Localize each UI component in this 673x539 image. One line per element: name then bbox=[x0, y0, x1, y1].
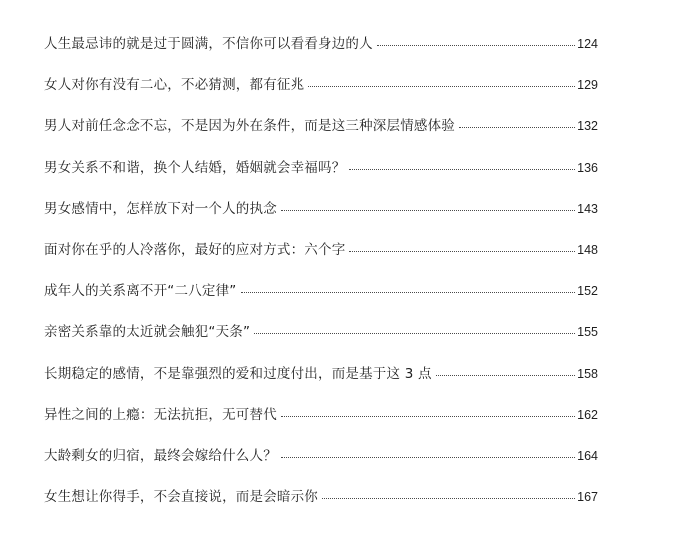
toc-entry[interactable]: 长期稳定的感情，不是靠强烈的爱和过度付出，而是基于这 3 点 158 bbox=[44, 364, 598, 405]
dot-leader bbox=[241, 292, 576, 293]
toc-entry[interactable]: 异性之间的上瘾：无法抗拒，无可替代 162 bbox=[44, 405, 598, 446]
toc-entry-page-number: 167 bbox=[577, 487, 598, 507]
toc-entry-page-number: 132 bbox=[577, 116, 598, 136]
toc-entry-title: 亲密关系靠的太近就会触犯“天条” bbox=[44, 322, 250, 342]
toc-entry-page-number: 155 bbox=[577, 322, 598, 342]
toc-entry-title: 长期稳定的感情，不是靠强烈的爱和过度付出，而是基于这 3 点 bbox=[44, 364, 432, 384]
toc-entry[interactable]: 男女感情中，怎样放下对一个人的执念 143 bbox=[44, 199, 598, 240]
toc-entry-title: 男人对前任念念不忘，不是因为外在条件，而是这三种深层情感体验 bbox=[44, 116, 455, 136]
toc-entry-title: 女生想让你得手，不会直接说，而是会暗示你 bbox=[44, 487, 318, 507]
toc-entry[interactable]: 大龄剩女的归宿，最终会嫁给什么人？ 164 bbox=[44, 446, 598, 487]
toc-entry[interactable]: 女生想让你得手，不会直接说，而是会暗示你 167 bbox=[44, 487, 598, 528]
dot-leader bbox=[281, 416, 575, 417]
toc-entry-page-number: 158 bbox=[577, 364, 598, 384]
toc-entry-page-number: 162 bbox=[577, 405, 598, 425]
dot-leader bbox=[459, 127, 575, 128]
toc-entry-page-number: 164 bbox=[577, 446, 598, 466]
dot-leader bbox=[322, 498, 575, 499]
toc-entry-title: 大龄剩女的归宿，最终会嫁给什么人？ bbox=[44, 446, 277, 466]
dot-leader bbox=[349, 169, 575, 170]
toc-entry-title: 女人对你有没有二心，不必猜测，都有征兆 bbox=[44, 75, 304, 95]
toc-entry-page-number: 129 bbox=[577, 75, 598, 95]
toc-entry[interactable]: 男女关系不和谐，换个人结婚，婚姻就会幸福吗？ 136 bbox=[44, 158, 598, 199]
toc-entry[interactable]: 女人对你有没有二心，不必猜测，都有征兆 129 bbox=[44, 75, 598, 116]
dot-leader bbox=[349, 251, 575, 252]
toc-entry[interactable]: 面对你在乎的人冷落你，最好的应对方式：六个字 148 bbox=[44, 240, 598, 281]
toc-entry-title: 人生最忌讳的就是过于圆满，不信你可以看看身边的人 bbox=[44, 34, 373, 54]
toc-entry-title: 成年人的关系离不开“二八定律” bbox=[44, 281, 237, 301]
dot-leader bbox=[436, 375, 575, 376]
dot-leader bbox=[254, 333, 575, 334]
dot-leader bbox=[281, 457, 575, 458]
toc-entry-page-number: 152 bbox=[577, 281, 598, 301]
toc-entry-title: 面对你在乎的人冷落你，最好的应对方式：六个字 bbox=[44, 240, 345, 260]
dot-leader bbox=[377, 45, 575, 46]
toc-entry-page-number: 148 bbox=[577, 240, 598, 260]
dot-leader bbox=[281, 210, 575, 211]
toc-entry-page-number: 136 bbox=[577, 158, 598, 178]
toc-entry-page-number: 143 bbox=[577, 199, 598, 219]
toc-entry[interactable]: 人生最忌讳的就是过于圆满，不信你可以看看身边的人 124 bbox=[44, 34, 598, 75]
toc-entry-title: 异性之间的上瘾：无法抗拒，无可替代 bbox=[44, 405, 277, 425]
toc-entry-title: 男女关系不和谐，换个人结婚，婚姻就会幸福吗？ bbox=[44, 158, 345, 178]
toc-entry[interactable]: 亲密关系靠的太近就会触犯“天条” 155 bbox=[44, 322, 598, 363]
toc-entry-title: 男女感情中，怎样放下对一个人的执念 bbox=[44, 199, 277, 219]
toc-entry[interactable]: 成年人的关系离不开“二八定律” 152 bbox=[44, 281, 598, 322]
toc-entry[interactable]: 男人对前任念念不忘，不是因为外在条件，而是这三种深层情感体验 132 bbox=[44, 116, 598, 157]
table-of-contents: 人生最忌讳的就是过于圆满，不信你可以看看身边的人 124 女人对你有没有二心，不… bbox=[44, 34, 598, 528]
dot-leader bbox=[308, 86, 575, 87]
toc-entry-page-number: 124 bbox=[577, 34, 598, 54]
